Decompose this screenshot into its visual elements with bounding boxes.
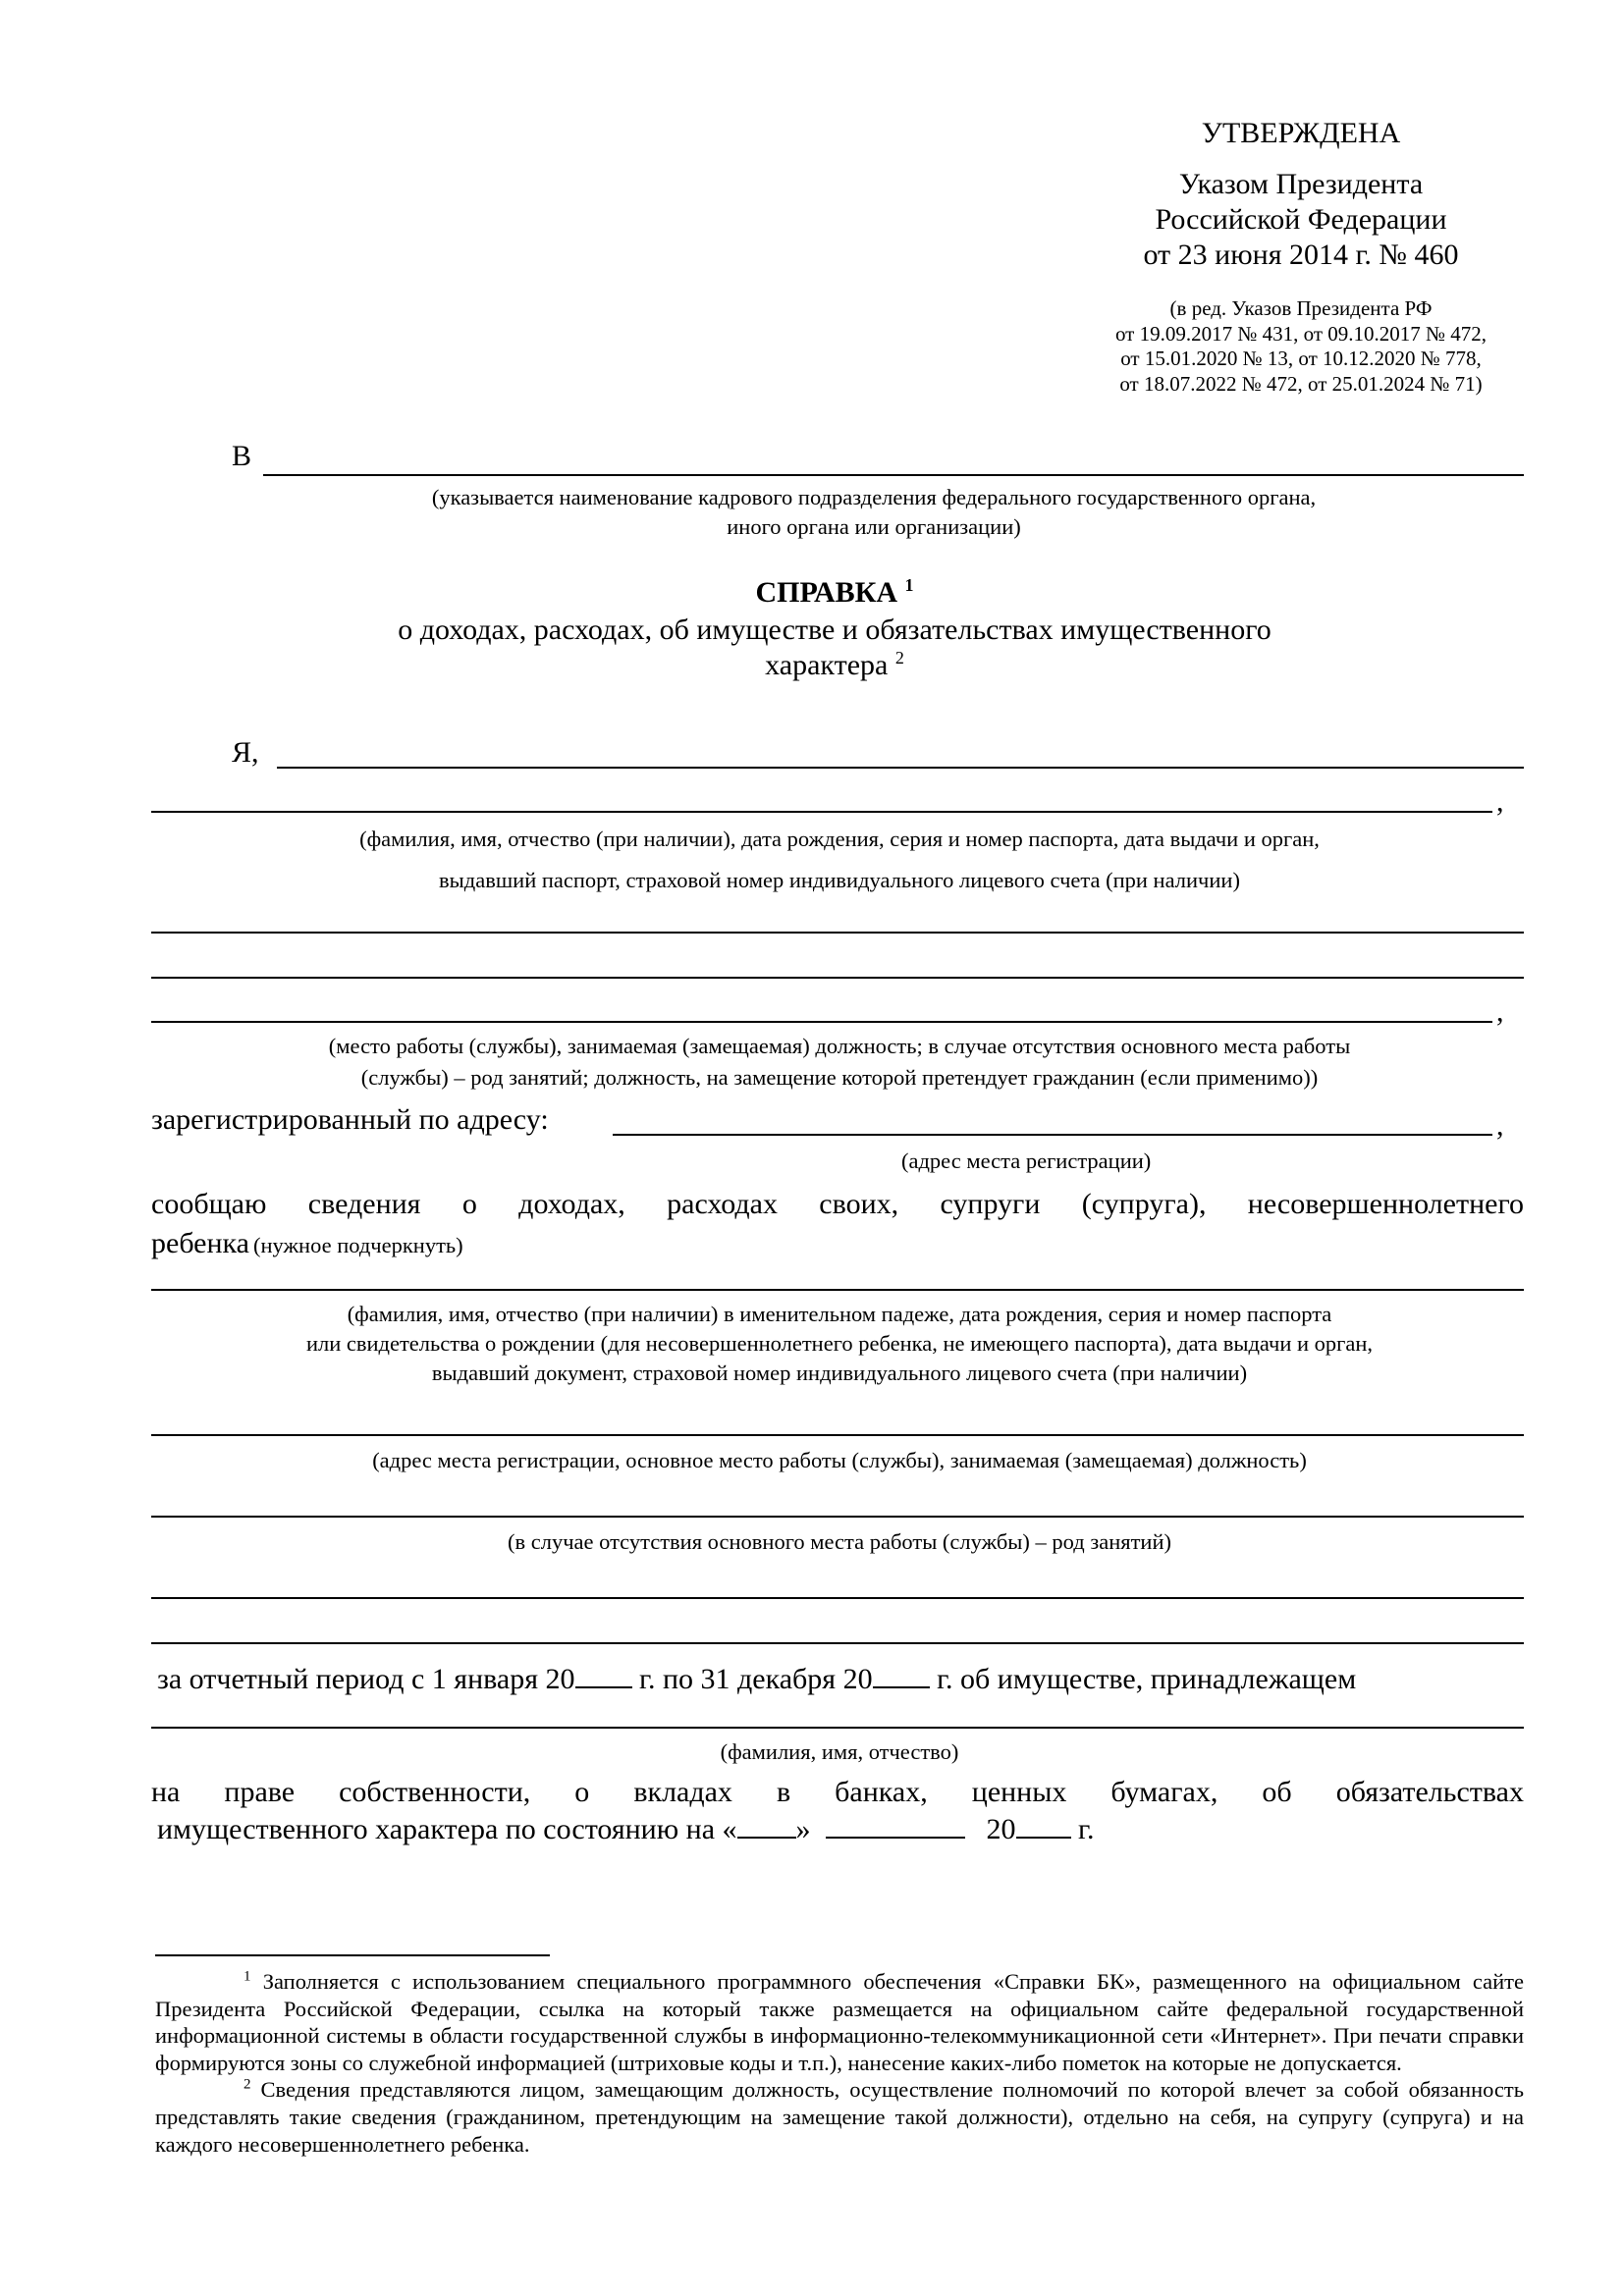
declarant-name-field-2[interactable]	[151, 811, 1492, 813]
owner-hint: (фамилия, имя, отчество)	[137, 1737, 1542, 1767]
footnote-text: Заполняется с использованием специальног…	[155, 1969, 1524, 2075]
approval-line: от 23 июня 2014 г. № 460	[1031, 238, 1571, 273]
declarant-name-hint: (фамилия, имя, отчество (при наличии), д…	[137, 819, 1542, 901]
hint-line: (фамилия, имя, отчество (при наличии), д…	[137, 819, 1542, 860]
relative-occupation-field[interactable]	[151, 1516, 1524, 1518]
date-month-field[interactable]	[826, 1811, 965, 1839]
period-line-1: за отчетный период с 1 января 20 г. по 3…	[157, 1661, 1356, 1696]
declarant-address-field[interactable]	[613, 1134, 1492, 1136]
period-text: за отчетный период с 1 января 20	[157, 1663, 575, 1695]
period-year-end-field[interactable]	[873, 1661, 930, 1688]
title-heading: СПРАВКА	[755, 576, 897, 609]
hint-line: (указывается наименование кадрового подр…	[196, 483, 1551, 512]
footnote-separator	[155, 1954, 550, 1956]
declarant-work-field-3[interactable]	[151, 1021, 1492, 1023]
statement-line-2: ребенка (нужное подчеркнуть)	[151, 1225, 463, 1267]
statement-note: (нужное подчеркнуть)	[253, 1233, 463, 1257]
approval-line: Указом Президента	[1031, 167, 1571, 202]
addressee-field[interactable]	[263, 474, 1524, 476]
relative-extra-field-1[interactable]	[151, 1597, 1524, 1599]
relative-address-field[interactable]	[151, 1434, 1524, 1436]
footnotes: 1 Заполняется с использованием специальн…	[155, 1968, 1524, 2158]
approval-stamp: УТВЕРЖДЕНА	[1031, 116, 1571, 167]
date-day-field[interactable]	[737, 1811, 796, 1839]
period-text: 20	[987, 1813, 1016, 1845]
footnote-marker: 1	[243, 1969, 251, 1985]
declarant-prefix: Я,	[232, 736, 259, 770]
owner-name-field[interactable]	[151, 1727, 1524, 1729]
date-year-field[interactable]	[1016, 1811, 1071, 1839]
statement-line-1: сообщаю сведения о доходах, расходах сво…	[151, 1186, 1524, 1223]
document-title: СПРАВКА 1 о доходах, расходах, об имущес…	[196, 575, 1473, 683]
relative-name-field[interactable]	[151, 1289, 1524, 1291]
approval-line: Российской Федерации	[1031, 202, 1571, 238]
title-subtitle: о доходах, расходах, об имуществе и обяз…	[196, 613, 1473, 648]
addressee-prefix: В	[232, 440, 251, 473]
statement-child: ребенка	[151, 1227, 249, 1259]
hint-line: выдавший документ, страховой номер индив…	[137, 1359, 1542, 1388]
period-line-2: на праве собственности, о вкладах в банк…	[151, 1774, 1524, 1811]
title-subtitle-2: характера	[765, 649, 888, 681]
period-text: »	[796, 1813, 811, 1845]
addressee-hint: (указывается наименование кадрового подр…	[196, 483, 1551, 542]
approval-block: УТВЕРЖДЕНА Указом Президента Российской …	[1031, 116, 1571, 397]
period-text: г. об имуществе, принадлежащем	[937, 1663, 1356, 1695]
amendment-line: (в ред. Указов Президента РФ	[1031, 296, 1571, 322]
hint-line: (службы) – род занятий; должность, на за…	[137, 1062, 1542, 1094]
footnote-ref-1[interactable]: 1	[905, 575, 914, 595]
address-label: зарегистрированный по адресу:	[151, 1103, 549, 1137]
period-year-start-field[interactable]	[575, 1661, 632, 1688]
address-hint: (адрес места регистрации)	[901, 1147, 1151, 1176]
hint-line: или свидетельства о рождении (для несове…	[137, 1329, 1542, 1359]
footnote-2: 2 Сведения представляются лицом, замещаю…	[155, 2076, 1524, 2158]
footnote-1: 1 Заполняется с использованием специальн…	[155, 1968, 1524, 2076]
amendment-line: от 15.01.2020 № 13, от 10.12.2020 № 778,	[1031, 347, 1571, 372]
hint-line: иного органа или организации)	[196, 512, 1551, 542]
comma: ,	[1496, 995, 1504, 1029]
hint-line: (место работы (службы), занимаемая (заме…	[137, 1031, 1542, 1062]
period-text: г. по 31 декабря 20	[639, 1663, 873, 1695]
relative-occupation-hint: (в случае отсутствия основного места раб…	[137, 1527, 1542, 1557]
period-text: имущественного характера по состоянию на…	[157, 1813, 737, 1845]
relative-address-hint: (адрес места регистрации, основное место…	[137, 1446, 1542, 1475]
amendment-line: от 18.07.2022 № 472, от 25.01.2024 № 71)	[1031, 372, 1571, 398]
footnote-text: Сведения представляются лицом, замещающи…	[155, 2077, 1524, 2156]
relative-extra-field-2[interactable]	[151, 1642, 1524, 1644]
comma: ,	[1496, 1109, 1504, 1143]
amendment-line: от 19.09.2017 № 431, от 09.10.2017 № 472…	[1031, 322, 1571, 347]
period-text: г.	[1078, 1813, 1094, 1845]
hint-line: выдавший паспорт, страховой номер индиви…	[137, 860, 1542, 901]
comma: ,	[1496, 785, 1504, 819]
footnote-marker: 2	[243, 2077, 251, 2093]
declarant-name-field-1[interactable]	[277, 767, 1524, 769]
amendments: (в ред. Указов Президента РФ от 19.09.20…	[1031, 296, 1571, 397]
footnote-ref-2[interactable]: 2	[895, 648, 904, 667]
declarant-work-field-1[interactable]	[151, 932, 1524, 934]
period-line-3: имущественного характера по состоянию на…	[157, 1811, 1094, 1848]
declarant-work-hint: (место работы (службы), занимаемая (заме…	[137, 1031, 1542, 1094]
hint-line: (фамилия, имя, отчество (при наличии) в …	[137, 1300, 1542, 1329]
relative-name-hint: (фамилия, имя, отчество (при наличии) в …	[137, 1300, 1542, 1388]
declarant-work-field-2[interactable]	[151, 977, 1524, 979]
